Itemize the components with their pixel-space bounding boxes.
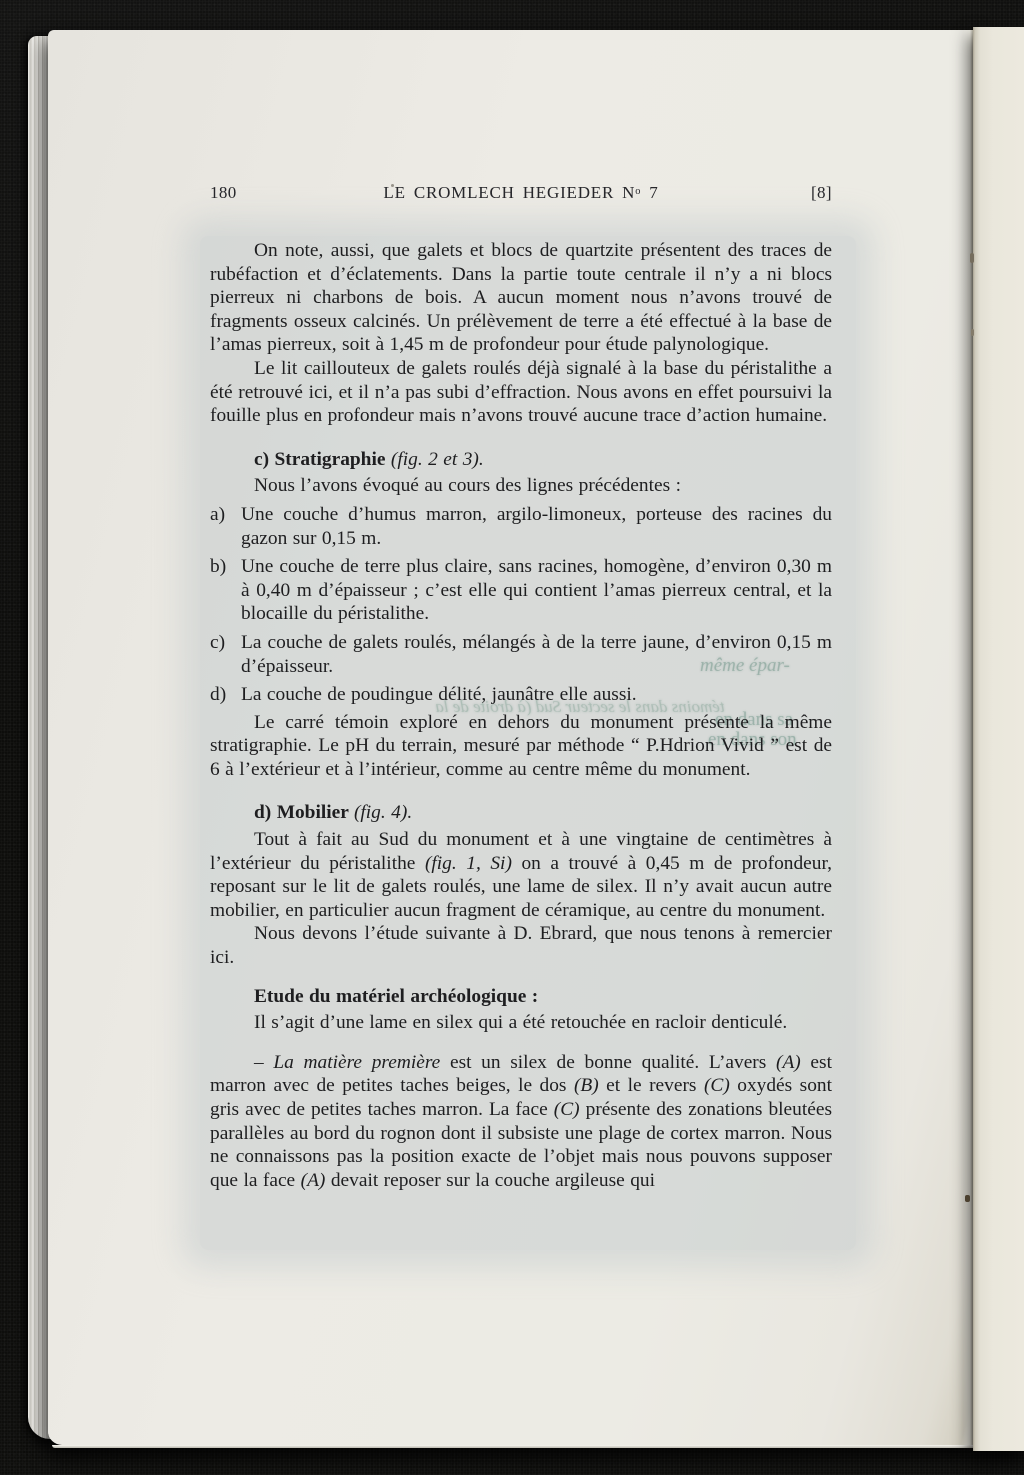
paragraph: Nous l’avons évoqué au cours des lignes … (210, 474, 832, 498)
text-segment: (C) (704, 1075, 730, 1096)
section-heading-stratigraphie: c) Stratigraphie (fig. 2 et 3). (210, 448, 832, 472)
running-title-main: LE CROMLECH HEGIEDER N (383, 183, 635, 202)
staple-mark (970, 253, 974, 263)
text-segment: La couche de poudingue délité, jaunâtre … (241, 684, 637, 705)
paragraph: Tout à fait au Sud du monument et à une … (210, 828, 832, 922)
list-item: d)La couche de poudingue délité, jaunâtr… (210, 683, 832, 707)
text-segment: Nous devons l’étude suivante à D. Ebrard… (210, 923, 832, 968)
section-heading-mobilier: d) Mobilier (fig. 4). (210, 801, 832, 825)
paragraph: Le lit caillouteux de galets roulés déjà… (210, 357, 832, 428)
text-segment: (A) (301, 1170, 326, 1191)
page-number: 180 (210, 182, 320, 204)
text-segment: (C) (554, 1099, 580, 1120)
text-segment: – (254, 1052, 273, 1073)
paragraph: Nous devons l’étude suivante à D. Ebrard… (210, 922, 832, 969)
header-bracket-number: [8] (722, 182, 832, 204)
text-segment: (fig. 1, Si) (425, 853, 512, 874)
running-title-number: 7 (641, 183, 658, 202)
text-segment: (fig. 4). (354, 802, 412, 823)
list-marker: c) (210, 631, 225, 655)
list-marker: a) (210, 503, 225, 527)
staple-mark (965, 1195, 970, 1202)
text-segment: Une couche de terre plus claire, sans ra… (241, 556, 832, 624)
text-segment: est un silex de bonne qualité. L’avers (440, 1052, 776, 1073)
text-segment: Le lit caillouteux de galets roulés déjà… (210, 358, 832, 426)
paragraph: Il s’agit d’une lame en silex qui a été … (210, 1011, 832, 1035)
text-segment: (fig. 2 et 3). (391, 449, 484, 470)
text-segment: On note, aussi, que galets et blocs de q… (210, 240, 832, 355)
text-segment: c) Stratigraphie (254, 449, 391, 470)
text-segment: et le revers (599, 1075, 704, 1096)
text-segment: Une couche d’humus marron, argilo-limone… (241, 504, 832, 549)
paragraph: Le carré témoin exploré en dehors du mon… (210, 711, 832, 782)
staple-mark (971, 329, 974, 336)
text-segment: Le carré témoin exploré en dehors du mon… (210, 712, 832, 780)
text-segment: (A) (776, 1052, 801, 1073)
text-column: 180 LE CROMLECH HEGIEDER No 7 [8] On not… (210, 182, 832, 1192)
list-item: a)Une couche d’humus marron, argilo-limo… (210, 503, 832, 550)
section-heading-etude: Etude du matériel archéologique : (210, 985, 832, 1009)
text-segment: devait reposer sur la couche argileuse q… (325, 1170, 655, 1191)
text-flow: On note, aussi, que galets et blocs de q… (210, 239, 832, 1192)
gutter-highlight (963, 30, 973, 1445)
running-header: 180 LE CROMLECH HEGIEDER No 7 [8] (210, 182, 832, 207)
list-item: b)Une couche de terre plus claire, sans … (210, 555, 832, 626)
text-segment: La couche de galets roulés, mélangés à d… (241, 632, 832, 677)
list-item: c)La couche de galets roulés, mélangés à… (210, 631, 832, 678)
paragraph: – La matière première est un silex de bo… (210, 1051, 832, 1193)
text-segment: La matière première (273, 1052, 440, 1073)
list-marker: d) (210, 683, 226, 707)
facing-page-sliver (973, 27, 1024, 1451)
running-title-superscript: o (635, 186, 641, 197)
paragraph: On note, aussi, que galets et blocs de q… (210, 239, 832, 357)
list-marker: b) (210, 555, 226, 579)
text-segment: d) Mobilier (254, 802, 354, 823)
text-segment: Il s’agit d’une lame en silex qui a été … (254, 1012, 787, 1033)
text-segment: (B) (574, 1075, 599, 1096)
text-segment: Nous l’avons évoqué au cours des lignes … (254, 475, 681, 496)
text-segment: Etude du matériel archéologique : (254, 986, 538, 1007)
book-page: même épar- témoins dans le secteur Sud (… (48, 30, 973, 1445)
running-title: LE CROMLECH HEGIEDER No 7 (320, 182, 722, 207)
dust-speck (391, 184, 394, 187)
